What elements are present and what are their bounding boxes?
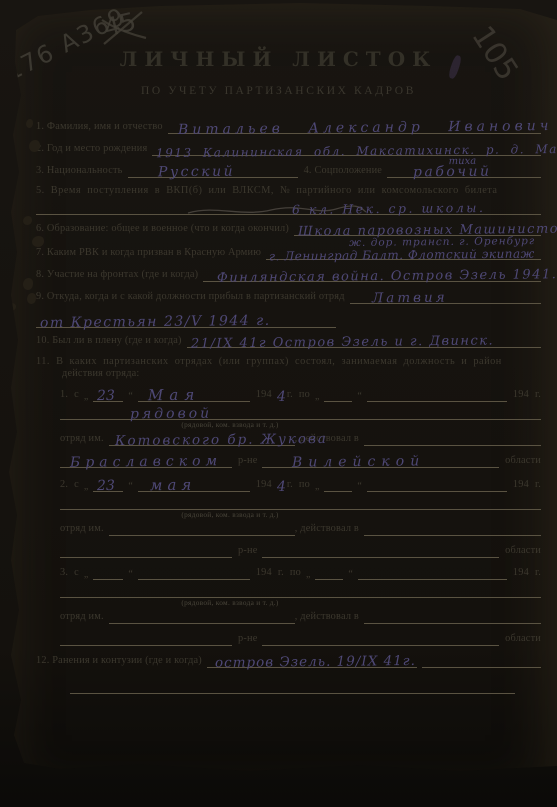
service-row-2-rank	[60, 496, 541, 510]
hole-mark	[26, 119, 33, 128]
service-row-3-dates: 3. с „ “ 194 г. по „ “ 194 г.	[60, 566, 541, 580]
district-line	[60, 544, 232, 558]
field-9-answer-row: от Крестьян 23/V 1944 г.	[36, 314, 336, 328]
district-label: р-не	[238, 545, 257, 558]
field-12-line2	[70, 680, 515, 694]
rank-line	[60, 584, 541, 598]
field-8-line: Финляндская война. Остров Эзель 1941.	[203, 268, 541, 282]
field-11-label-row: 11. В каких партизанских отрядах (или гр…	[36, 356, 541, 369]
to-day-line	[324, 478, 352, 492]
district-line: Браславском	[60, 454, 232, 468]
district-label: р-не	[238, 455, 257, 468]
field-12-label: 12. Ранения и контузии (где и когда)	[36, 655, 202, 668]
year-g: г.	[278, 567, 284, 580]
quote-close: “	[348, 569, 352, 580]
field-1-value: Витальев Александр Иванович	[178, 118, 553, 138]
field-10-row: 10. Был ли в плену (где и когда) 21/IX 4…	[36, 334, 541, 348]
field-6-row: 6. Образование: общее и военное (что и к…	[36, 222, 541, 236]
hole-mark	[23, 216, 32, 225]
service-row-1-district: Браславском р-не Вилейской области	[60, 454, 541, 468]
quote-open: „	[306, 569, 310, 580]
field-4-value: рабочий	[413, 164, 492, 181]
from-month-line: Мая	[138, 388, 250, 402]
field-7-row: 7. Каким РВК и когда призван в Красную А…	[36, 246, 541, 260]
year-prefix: 194	[513, 567, 529, 580]
field-5-line: 6 кл. Нек. ср. школы.	[36, 201, 541, 215]
from-year-line: 4	[277, 479, 287, 492]
hole-mark	[6, 685, 17, 694]
field-4-line: рабочий	[387, 164, 541, 178]
from-day-line: 23	[93, 478, 123, 492]
acted-line	[364, 522, 541, 536]
row-number: 3.	[60, 567, 68, 580]
rank-line	[60, 496, 541, 510]
region-value: Вилейской	[292, 453, 425, 470]
field-7-value: г. Ленинград Балт. Флотский экипаж	[269, 247, 535, 264]
quote-close: “	[357, 481, 361, 492]
field-12-line: остров Эзель. 19/IX 41г.	[207, 654, 417, 668]
from-month-line	[138, 566, 250, 580]
field-5-answer-row: 6 кл. Нек. ср. школы.	[36, 201, 541, 215]
quote-open: „	[315, 481, 319, 492]
year-g: г.	[535, 389, 541, 402]
from-day-value: 23	[97, 478, 115, 494]
field-12-line-tail	[422, 654, 541, 668]
field-2-row: 2. Год и место рождения 1913 Калининская…	[36, 142, 541, 156]
field-3-value: Русский	[157, 164, 234, 181]
service-row-1-unit: отряд им. Котовского бр. Жукова , действ…	[60, 432, 541, 446]
field-11-label-line2: действия отряда:	[62, 368, 139, 381]
acted-label: , действовал в	[295, 611, 359, 624]
from-day-line: 23	[93, 388, 123, 402]
from-month-value: Мая	[148, 386, 200, 405]
rank-line: рядовой	[60, 406, 541, 420]
unit-line	[109, 610, 295, 624]
hole-mark	[0, 707, 13, 718]
to-day-line	[315, 566, 343, 580]
field-7-label: 7. Каким РВК и когда призван в Красную А…	[36, 247, 261, 260]
region-line	[262, 544, 499, 558]
region-label: области	[505, 633, 541, 646]
quote-close: “	[128, 481, 132, 492]
to-label: по	[299, 479, 310, 492]
field-12-value: остров Эзель. 19/IX 41г.	[215, 653, 416, 671]
hole-mark	[29, 140, 40, 152]
field-3-label: 3. Национальность	[36, 165, 123, 178]
hole-mark	[27, 293, 36, 304]
from-label: с	[74, 567, 79, 580]
field-10-value: 21/IX 41г Остров Эзель и г. Двинск.	[191, 333, 494, 351]
quote-open: „	[84, 391, 88, 402]
hole-mark	[5, 303, 16, 311]
service-row-1-dates: 1. с „ 23 “ Мая 194 4 г. по „ “ 194 г.	[60, 388, 541, 402]
region-label: области	[505, 545, 541, 558]
to-month-line	[367, 478, 507, 492]
field-1-label: 1. Фамилия, имя и отчество	[36, 121, 163, 134]
year-g: г.	[287, 479, 293, 492]
service-row-1-rank: рядовой	[60, 406, 541, 420]
year-prefix: 194	[256, 479, 272, 492]
field-8-label: 8. Участие на фронтах (где и когда)	[36, 269, 198, 282]
form-subtitle: ПО УЧЕТУ ПАРТИЗАНСКИХ КАДРОВ	[0, 85, 557, 97]
field-8-row: 8. Участие на фронтах (где и когда) Финл…	[36, 268, 541, 282]
from-day-value: 23	[97, 388, 115, 404]
to-label: по	[290, 567, 301, 580]
year-g: г.	[287, 389, 293, 402]
form-title: ЛИЧНЫЙ ЛИСТОК	[0, 47, 557, 71]
field-3-4-row: 3. Национальность Русский 4. Соцположени…	[36, 164, 541, 178]
to-month-line	[367, 388, 507, 402]
to-day-line	[324, 388, 352, 402]
field-4-label: 4. Соцположение	[304, 165, 383, 178]
field-10-label: 10. Был ли в плену (где и когда)	[36, 335, 182, 348]
service-row-2-dates: 2. с „ 23 “ мая 194 4 г. по „ “ 194 г.	[60, 478, 541, 492]
from-year-digit: 4	[277, 389, 286, 405]
quote-close: “	[357, 391, 361, 402]
field-1-row: 1. Фамилия, имя и отчество Витальев Алек…	[36, 120, 541, 134]
from-year-line: 4	[277, 389, 287, 402]
year-g: г.	[535, 567, 541, 580]
region-label: области	[505, 455, 541, 468]
rank-caption: (рядовой, ком. взвода и т. д.)	[60, 420, 400, 429]
from-month-value: мая	[150, 476, 196, 494]
field-2-line: 1913 Калининская обл. Максатихинск. р. д…	[152, 142, 541, 156]
district-line	[60, 632, 232, 646]
from-day-line	[93, 566, 123, 580]
field-11-label-line1: 11. В каких партизанских отрядах (или гр…	[36, 356, 502, 369]
field-10-line: 21/IX 41г Остров Эзель и г. Двинск.	[187, 334, 541, 348]
to-month-line	[358, 566, 507, 580]
quote-open: „	[84, 481, 88, 492]
rank-caption: (рядовой, ком. взвода и т. д.)	[60, 510, 400, 519]
unit-line	[109, 522, 295, 536]
cross-out-icon	[96, 6, 152, 52]
service-row-3-unit: отряд им. , действовал в	[60, 610, 541, 624]
quote-open: „	[315, 391, 319, 402]
field-9-line2: от Крестьян 23/V 1944 г.	[36, 314, 336, 328]
acted-line	[364, 610, 541, 624]
quote-open: „	[84, 569, 88, 580]
from-label: с	[74, 479, 79, 492]
district-value: Браславском	[70, 453, 222, 471]
field-2-value: 1913 Калининская обл. Максатихинск. р. д…	[156, 142, 557, 160]
from-label: с	[74, 389, 79, 402]
field-1-line: Витальев Александр Иванович	[168, 120, 541, 134]
hole-mark	[32, 236, 44, 247]
year-prefix: 194	[256, 567, 272, 580]
hole-mark	[2, 536, 10, 545]
field-12-row: 12. Ранения и контузии (где и когда) ост…	[36, 654, 541, 668]
acted-label: , действовал в	[295, 523, 359, 536]
quote-close: “	[128, 391, 132, 402]
field-9-row: 9. Откуда, когда и с какой должности при…	[36, 290, 541, 304]
from-month-line: мая	[138, 478, 250, 492]
from-year-digit: 4	[277, 479, 286, 495]
row-number: 2.	[60, 479, 68, 492]
acted-line	[364, 432, 541, 446]
region-line: Вилейской	[262, 454, 499, 468]
field-5-label: 5. Время поступления в ВКП(б) или ВЛКСМ,…	[36, 185, 497, 198]
district-label: р-не	[238, 633, 257, 646]
field-2-label: 2. Год и место рождения	[36, 143, 147, 156]
year-prefix: 194	[513, 389, 529, 402]
education-note-value: 6 кл. Нек. ср. школы.	[292, 200, 486, 217]
service-row-3-rank	[60, 584, 541, 598]
year-g: г.	[535, 479, 541, 492]
quote-close: “	[128, 569, 132, 580]
field-9-value-line2: от Крестьян 23/V 1944 г.	[40, 313, 271, 331]
field-9-line: Латвия	[350, 290, 541, 304]
field-9-label: 9. Откуда, когда и с какой должности при…	[36, 291, 345, 304]
field-12-empty-row	[70, 680, 515, 694]
to-label: по	[299, 389, 310, 402]
region-line	[262, 632, 499, 646]
row-number: 1.	[60, 389, 68, 402]
field-3-line: Русский	[128, 164, 298, 178]
field-11-label-row2: действия отряда:	[62, 368, 462, 381]
hole-mark	[23, 278, 33, 290]
service-row-2-unit: отряд им. , действовал в	[60, 522, 541, 536]
unit-label: отряд им.	[60, 523, 104, 536]
field-6-line: Школа паровозных Машинистов	[294, 222, 541, 236]
year-prefix: 194	[513, 479, 529, 492]
field-6-label: 6. Образование: общее и военное (что и к…	[36, 223, 289, 236]
service-row-2-district: р-не области	[60, 544, 541, 558]
unit-line: Котовского бр. Жукова	[109, 432, 295, 446]
unit-value: Котовского бр. Жукова	[115, 431, 328, 449]
rank-caption: (рядовой, ком. взвода и т. д.)	[60, 598, 400, 607]
unit-label: отряд им.	[60, 611, 104, 624]
field-5-row: 5. Время поступления в ВКП(б) или ВЛКСМ,…	[36, 185, 541, 198]
service-row-3-district: р-не области	[60, 632, 541, 646]
field-9-value: Латвия	[372, 290, 448, 307]
field-7-line: г. Ленинград Балт. Флотский экипаж	[266, 246, 541, 260]
unit-label: отряд им.	[60, 433, 104, 446]
paper-sheet: 176 А369 45 105 ЛИЧНЫЙ ЛИСТОК ПО УЧЕТУ П…	[0, 0, 557, 807]
year-prefix: 194	[256, 389, 272, 402]
